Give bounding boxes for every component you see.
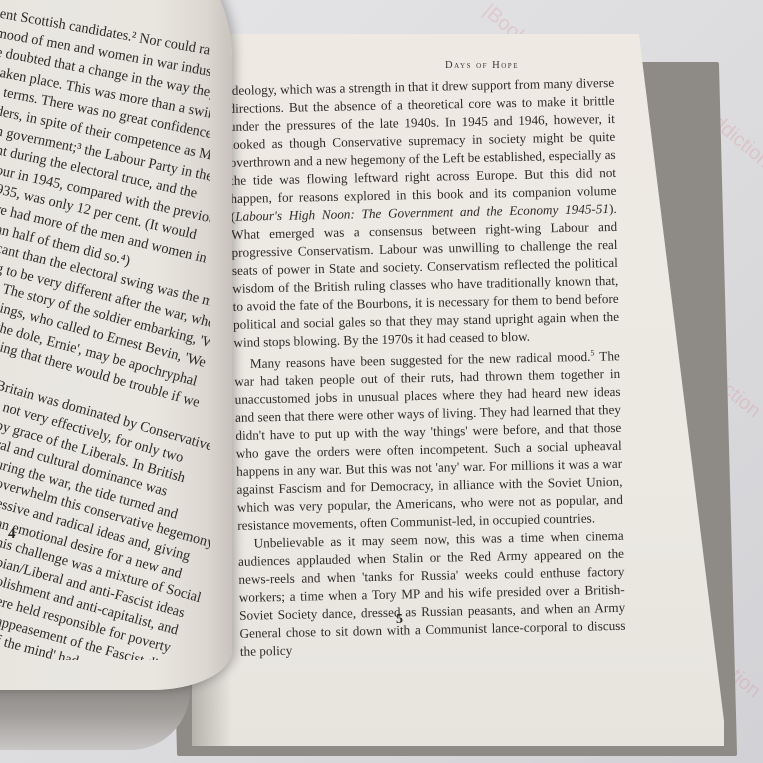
photo-scene: |BookAddiction |BookAddiction |BookAddic… <box>0 0 763 763</box>
page-number-left: 4 <box>8 526 16 543</box>
paragraph: ideology, which was a strength in that i… <box>228 74 620 352</box>
paragraph-text: Unbelievable as it may seem now, this wa… <box>238 528 626 659</box>
paragraph: Unbelievable as it may seem now, this wa… <box>237 527 626 661</box>
right-page: Days of Hope ideology, which was a stren… <box>192 34 724 746</box>
running-head: Days of Hope <box>342 60 622 71</box>
paragraph-text: The war had taken people out of their ru… <box>234 348 623 533</box>
paragraph: Many reasons have been suggested for the… <box>234 344 624 535</box>
left-page: ient Scottish candidates.² Nor could rad… <box>0 0 232 690</box>
left-page-body: ient Scottish candidates.² Nor could rad… <box>0 0 210 660</box>
right-page-body: ideology, which was a strength in that i… <box>228 74 626 661</box>
page-number-right: 5 <box>396 612 403 628</box>
paragraph-text: ). What emerged was a consensus between … <box>231 201 619 350</box>
